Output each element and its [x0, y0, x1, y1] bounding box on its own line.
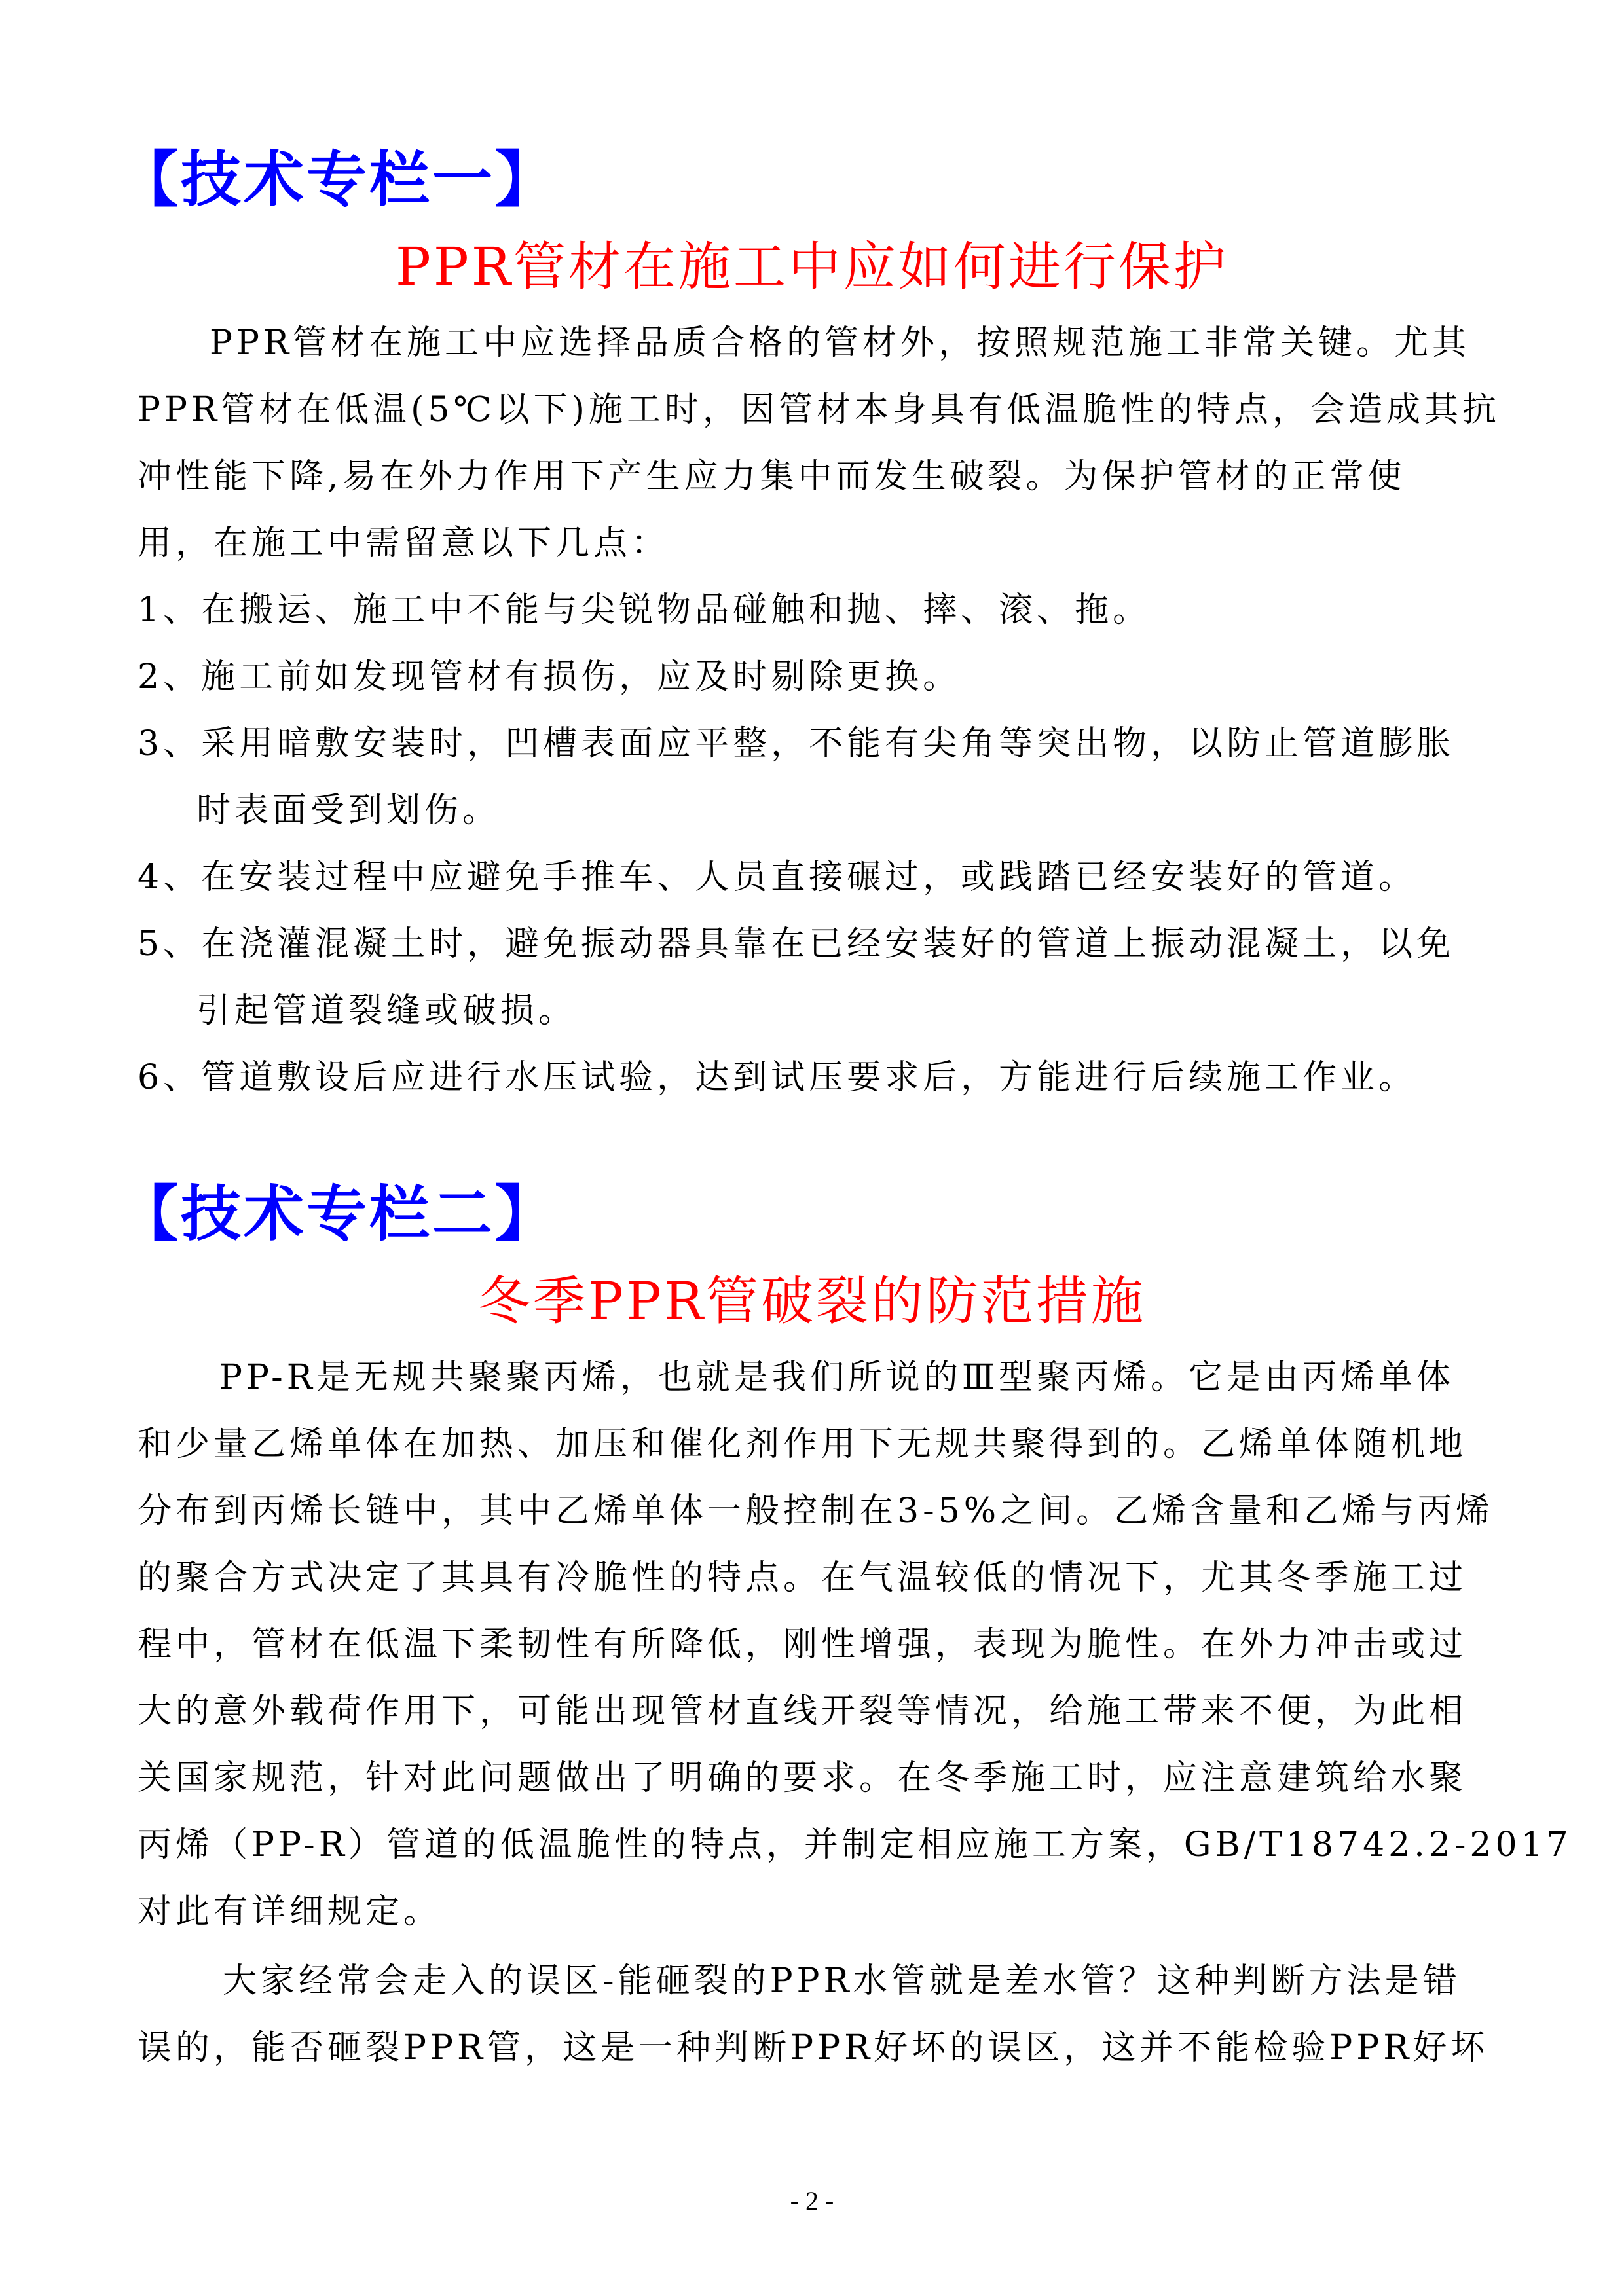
paragraph-line: 误的，能否砸裂PPR管，这是一种判断PPR好坏的误区，这并不能检验PPR好坏 — [138, 2031, 1488, 2065]
list-item-5-continued: 引起管道裂缝或破损。 — [196, 994, 576, 1028]
paragraph-line: 和少量乙烯单体在加热、加压和催化剂作用下无规共聚得到的。乙烯单体随机地 — [138, 1427, 1467, 1461]
column-heading-1: 【技术专栏一】 — [118, 149, 558, 210]
paragraph-line: 程中，管材在低温下柔韧性有所降低，刚性增强，表现为脆性。在外力冲击或过 — [138, 1628, 1467, 1662]
intro-line: PPR管材在施工中应选择品质合格的管材外，按照规范施工非常关键。尤其 — [210, 326, 1470, 360]
list-item-1: 1、在搬运、施工中不能与尖锐物品碰触和抛、摔、滚、拖。 — [138, 593, 1151, 627]
paragraph-line: 的聚合方式决定了其具有冷脆性的特点。在气温较低的情况下，尤其冬季施工过 — [138, 1561, 1467, 1595]
intro-line: 冲性能下降,易在外力作用下产生应力集中而发生破裂。为保护管材的正常使 — [138, 460, 1406, 494]
document-page: 【技术专栏一】 PPR管材在施工中应如何进行保护 PPR管材在施工中应选择品质合… — [0, 0, 1624, 2296]
article-title-1: PPR管材在施工中应如何进行保护 — [0, 241, 1624, 293]
intro-line: 用，在施工中需留意以下几点： — [138, 526, 669, 560]
paragraph-line: PP-R是无规共聚聚丙烯，也就是我们所说的Ⅲ型聚丙烯。它是由丙烯单体 — [219, 1360, 1454, 1394]
list-item-4: 4、在安装过程中应避免手推车、人员直接碾过，或践踏已经安装好的管道。 — [138, 860, 1416, 894]
paragraph-line: 丙烯（PP-R）管道的低温脆性的特点，并制定相应施工方案，GB/T18742.2… — [138, 1828, 1572, 1862]
column-heading-2: 【技术专栏二】 — [118, 1184, 558, 1244]
list-item-3: 3、采用暗敷安装时，凹槽表面应平整，不能有尖角等突出物，以防止管道膨胀 — [138, 727, 1454, 761]
list-item-5: 5、在浇灌混凝土时，避免振动器具靠在已经安装好的管道上振动混凝土，以免 — [138, 927, 1454, 961]
paragraph-line: 分布到丙烯长链中，其中乙烯单体一般控制在3-5%之间。乙烯含量和乙烯与丙烯 — [138, 1494, 1494, 1528]
list-item-2: 2、施工前如发现管材有损伤，应及时剔除更换。 — [138, 660, 961, 694]
paragraph-line: 大家经常会走入的误区-能砸裂的PPR水管就是差水管？这种判断方法是错 — [223, 1964, 1461, 1998]
paragraph-line: 对此有详细规定。 — [138, 1895, 441, 1929]
list-item-3-continued: 时表面受到划伤。 — [196, 793, 500, 828]
page-number: - 2 - — [0, 2185, 1624, 2216]
list-item-6: 6、管道敷设后应进行水压试验，达到试压要求后，方能进行后续施工作业。 — [138, 1061, 1416, 1095]
paragraph-line: 大的意外载荷作用下，可能出现管材直线开裂等情况，给施工带来不便，为此相 — [138, 1694, 1467, 1728]
paragraph-line: 关国家规范，针对此问题做出了明确的要求。在冬季施工时，应注意建筑给水聚 — [138, 1761, 1467, 1795]
intro-line: PPR管材在低温(5℃以下)施工时，因管材本身具有低温脆性的特点，会造成其抗 — [138, 393, 1500, 427]
article-title-2: 冬季PPR管破裂的防范措施 — [0, 1275, 1624, 1328]
